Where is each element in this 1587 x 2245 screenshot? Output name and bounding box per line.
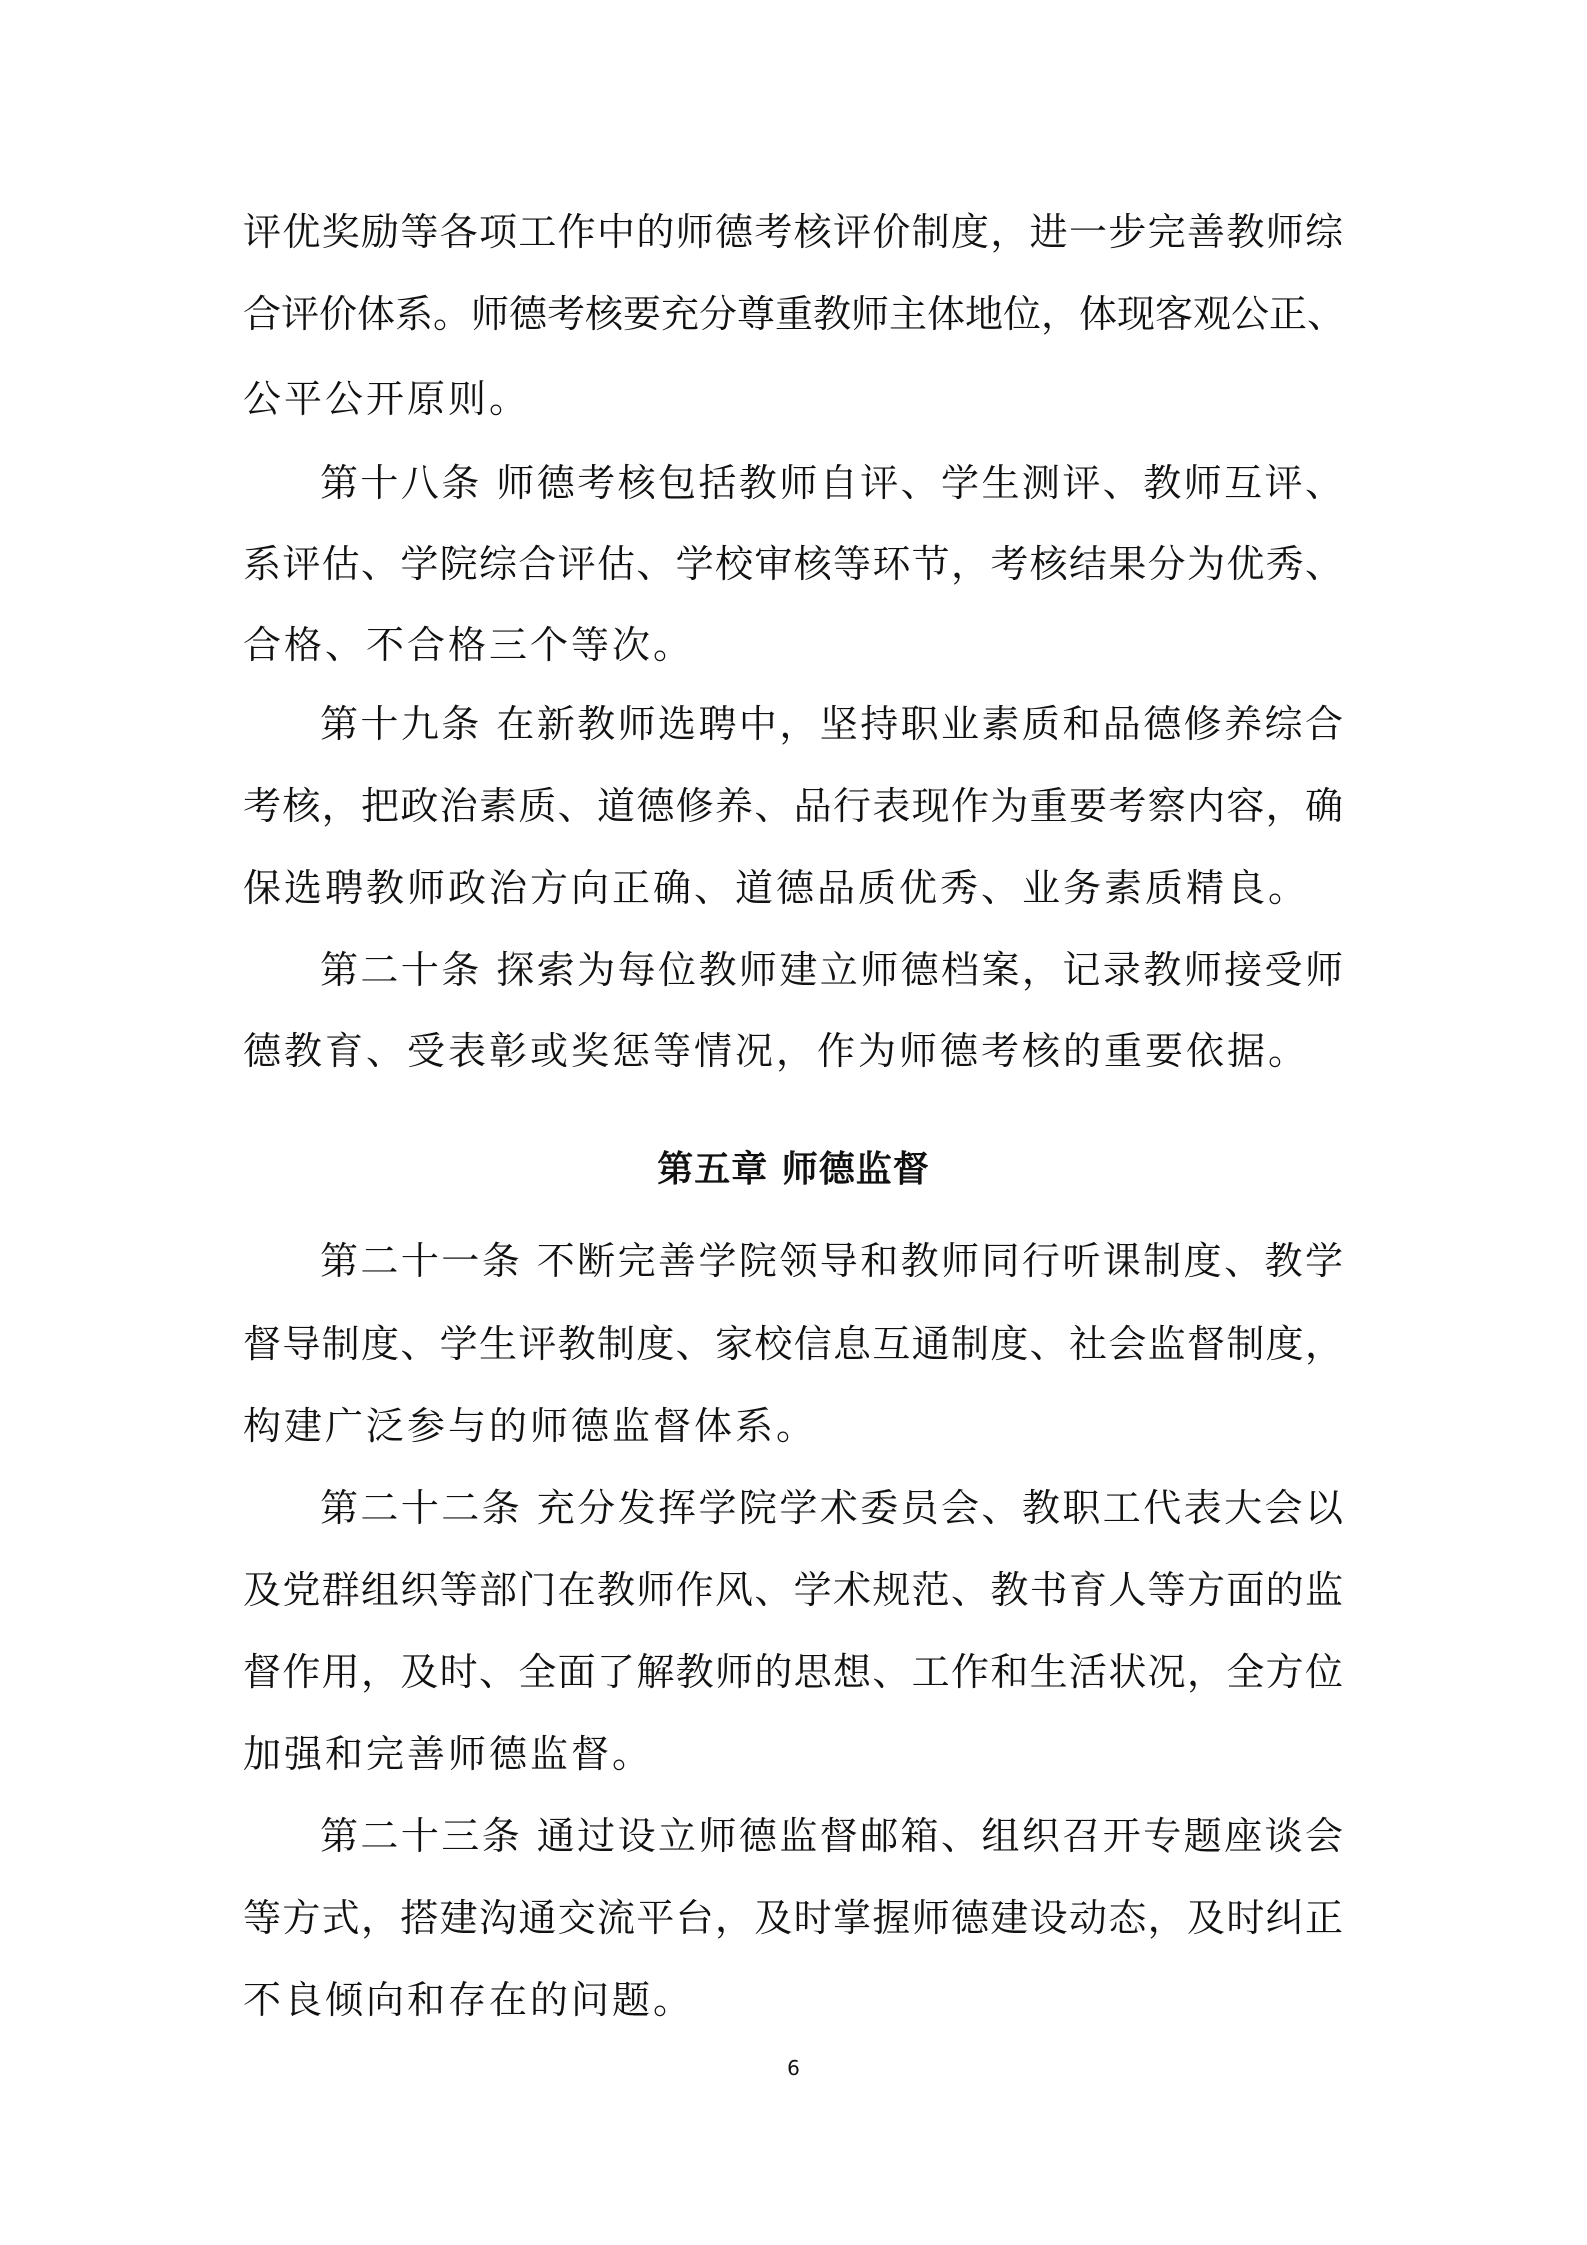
- text-line: 第二十二条 充分发挥学院学术委员会、教职工代表大会以: [320, 1484, 1343, 1532]
- document-page: 评优奖励等各项工作中的师德考核评价制度，进一步完善教师综 合评价体系。师德考核要…: [0, 0, 1587, 2245]
- text-line: 第二十条 探索为每位教师建立师德档案，记录教师接受师: [320, 946, 1343, 994]
- text-line: 加强和完善师德监督。: [243, 1730, 1343, 1778]
- text-line: 等方式，搭建沟通交流平台，及时掌握师德建设动态，及时纠正: [243, 1894, 1343, 1942]
- text-line: 保选聘教师政治方向正确、道德品质优秀、业务素质精良。: [243, 864, 1343, 912]
- text-line: 考核，把政治素质、道德修养、品行表现作为重要考察内容，确: [243, 782, 1343, 830]
- text-line: 第十九条 在新教师选聘中，坚持职业素质和品德修养综合: [320, 700, 1343, 748]
- chapter-heading: 第五章 师德监督: [0, 1146, 1587, 1194]
- text-line: 评优奖励等各项工作中的师德考核评价制度，进一步完善教师综: [243, 208, 1343, 256]
- text-line: 系评估、学院综合评估、学校审核等环节，考核结果分为优秀、: [243, 540, 1343, 588]
- text-line: 德教育、受表彰或奖惩等情况，作为师德考核的重要依据。: [243, 1027, 1343, 1075]
- text-line: 合格、不合格三个等次。: [243, 621, 1343, 669]
- text-line: 第十八条 师德考核包括教师自评、学生测评、教师互评、: [320, 459, 1343, 507]
- text-line: 第二十一条 不断完善学院领导和教师同行听课制度、教学: [320, 1237, 1343, 1285]
- text-line: 及党群组织等部门在教师作风、学术规范、教书育人等方面的监: [243, 1566, 1343, 1614]
- text-line: 构建广泛参与的师德监督体系。: [243, 1402, 1343, 1450]
- text-line: 督导制度、学生评教制度、家校信息互通制度、社会监督制度，: [243, 1320, 1343, 1368]
- page-number: 6: [0, 2056, 1587, 2080]
- text-line: 合评价体系。师德考核要充分尊重教师主体地位，体现客观公正、: [243, 290, 1343, 338]
- text-line: 督作用，及时、全面了解教师的思想、工作和生活状况，全方位: [243, 1648, 1343, 1696]
- text-line: 第二十三条 通过设立师德监督邮箱、组织召开专题座谈会: [320, 1812, 1343, 1860]
- text-line: 公平公开原则。: [243, 375, 1343, 423]
- text-line: 不良倾向和存在的问题。: [243, 1976, 1343, 2024]
